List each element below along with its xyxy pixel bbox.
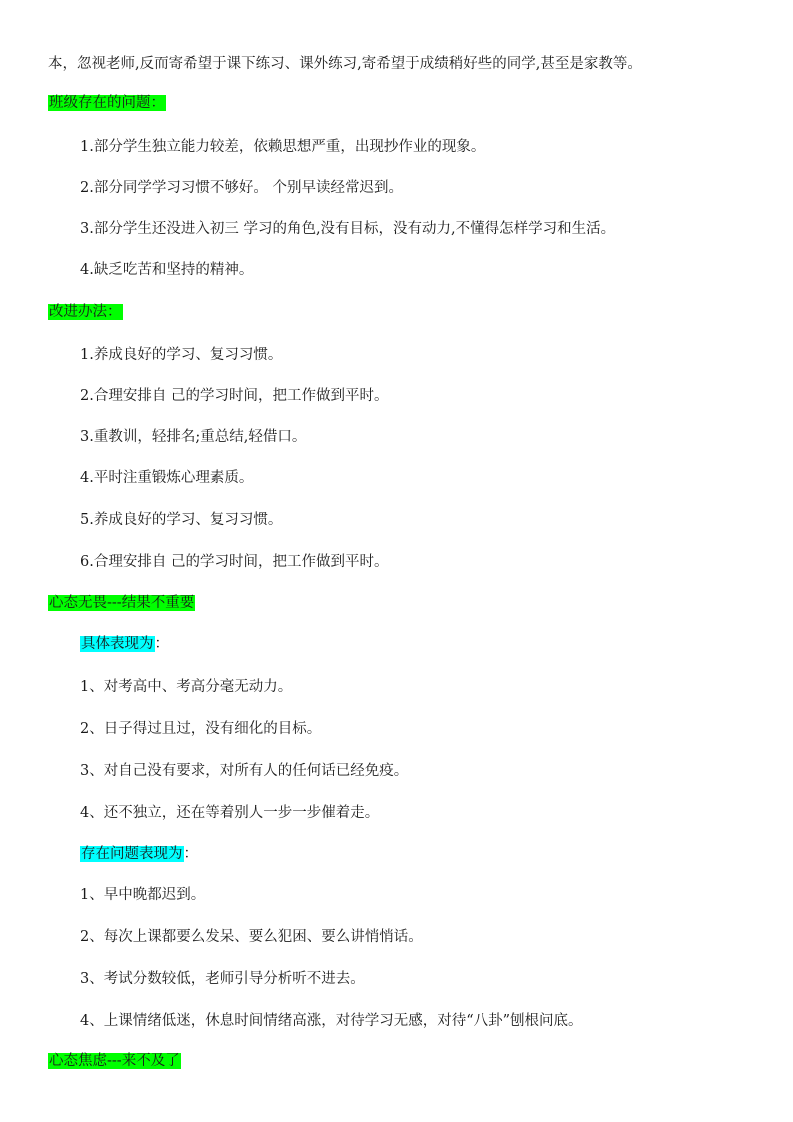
list-item: 4、上课情绪低迷，休息时间情绪高涨，对待学习无感，对待“八卦”刨根问底。 [80,1008,583,1034]
highlighted-heading: 班级存在的问题： [48,95,166,111]
subheading-manifestation: 具体表现为： [80,631,169,657]
highlighted-subheading: 具体表现为 [80,636,155,652]
list-item: 2.部分同学学习习惯不够好。 个别早读经常迟到。 [80,175,403,201]
colon: ： [155,636,170,652]
list-item: 6.合理安排自 己的学习时间，把工作做到平时。 [80,549,388,575]
highlighted-heading: 心态焦虑---来不及了 [48,1053,181,1069]
list-item: 1、对考高中、考高分毫无动力。 [80,674,292,700]
section-heading-fearless: 心态无畏---结果不重要 [48,590,195,616]
list-item: 4.缺乏吃苦和坚持的精神。 [80,257,253,283]
list-item: 3、对自己没有要求，对所有人的任何话已经免疫。 [80,758,408,784]
list-item: 4、还不独立，还在等着别人一步一步催着走。 [80,800,379,826]
list-item: 5.养成良好的学习、复习习惯。 [80,507,282,533]
list-item: 4.平时注重锻炼心理素质。 [80,465,253,491]
list-item: 3.部分学生还没进入初三 学习的角色,没有目标，没有动力,不懂得怎样学习和生活。 [80,216,615,242]
list-item: 3.重教训，轻排名;重总结,轻借口。 [80,424,306,450]
list-item: 2、日子得过且过，没有细化的目标。 [80,716,321,742]
section-heading-class-problems: 班级存在的问题： [48,90,166,116]
intro-paragraph: 本，忽视老师,反而寄希望于课下练习、课外练习,寄希望于成绩稍好些的同学,甚至是家… [48,51,642,77]
section-heading-improvement: 改进办法： [48,299,123,325]
highlighted-heading: 改进办法： [48,304,123,320]
highlighted-heading: 心态无畏---结果不重要 [48,595,195,611]
highlighted-subheading: 存在问题表现为 [80,846,184,862]
subheading-problems: 存在问题表现为： [80,841,198,867]
list-item: 1.部分学生独立能力较差，依赖思想严重，出现抄作业的现象。 [80,134,485,160]
list-item: 2、每次上课都要么发呆、要么犯困、要么讲悄悄话。 [80,924,423,950]
list-item: 1、早中晚都迟到。 [80,882,205,908]
section-heading-anxious: 心态焦虑---来不及了 [48,1048,181,1074]
colon: ： [184,846,199,862]
list-item: 1.养成良好的学习、复习习惯。 [80,342,282,368]
list-item: 2.合理安排自 己的学习时间，把工作做到平时。 [80,383,388,409]
list-item: 3、考试分数较低，老师引导分析听不进去。 [80,966,365,992]
